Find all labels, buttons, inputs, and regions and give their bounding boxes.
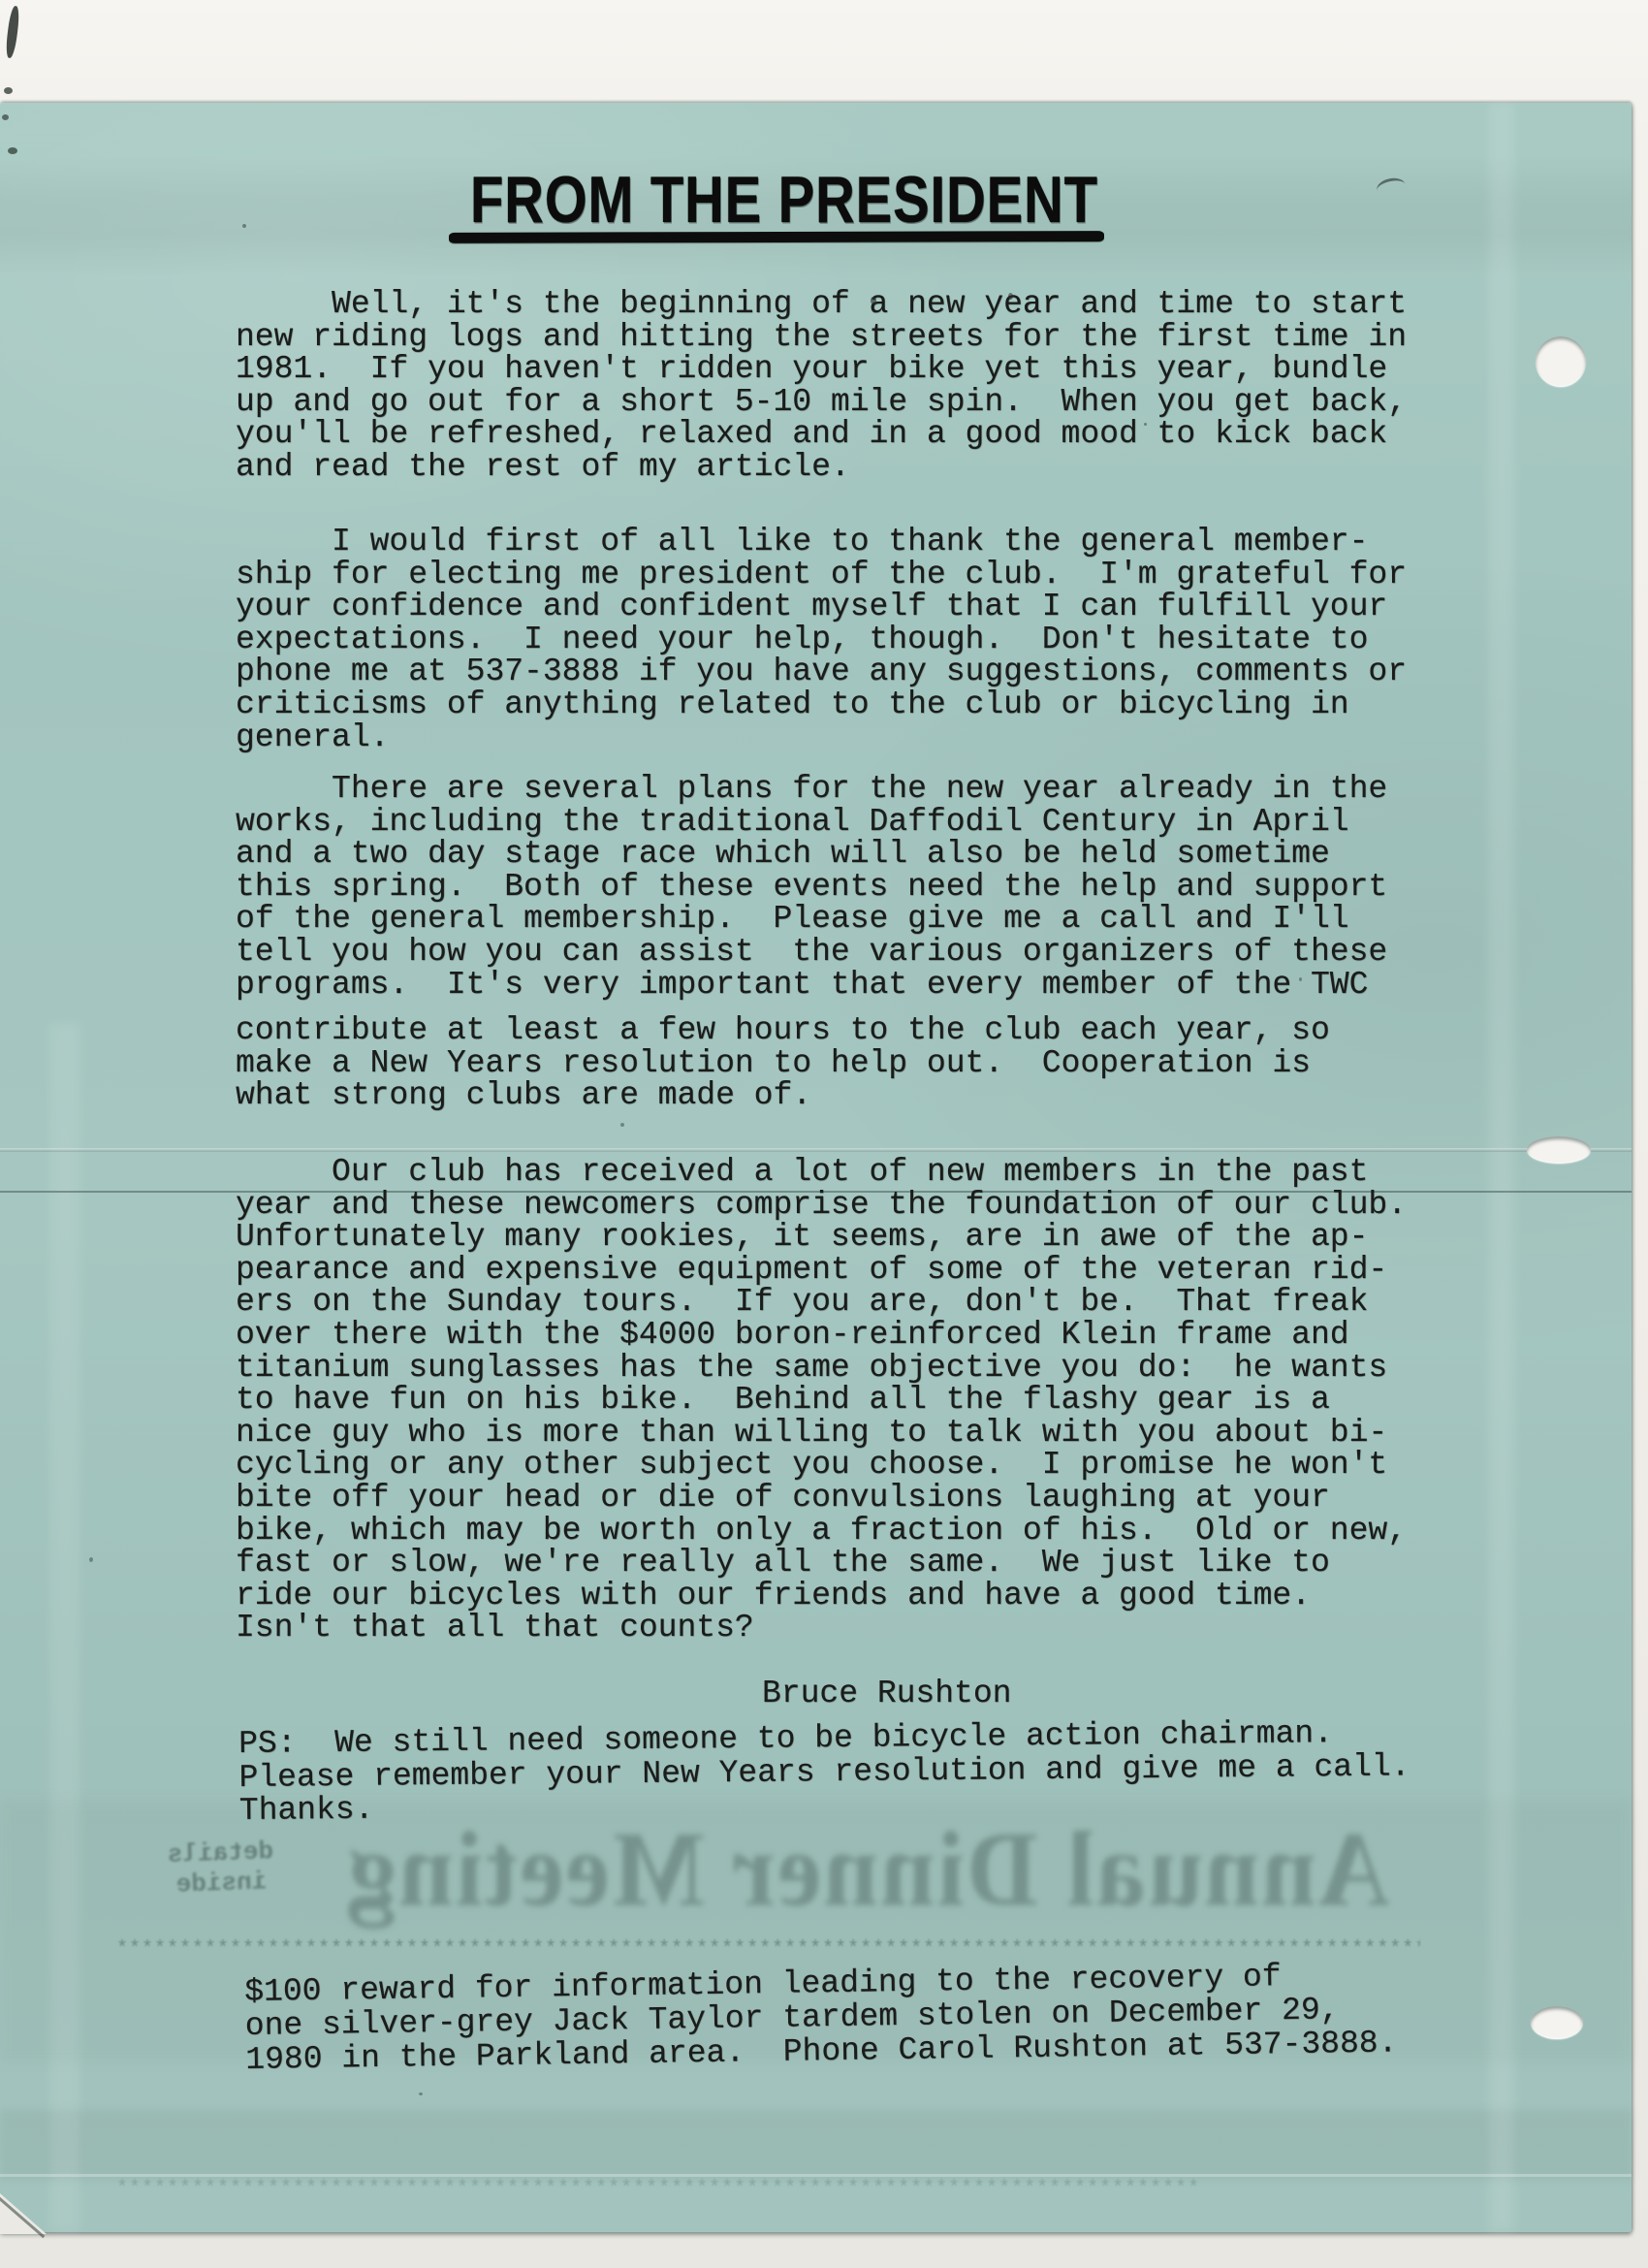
- paper-fleck: [242, 224, 246, 228]
- fold-crease: [0, 1148, 1632, 1152]
- punch-hole-middle: [1527, 1136, 1591, 1164]
- bleedthrough-stars-row: ****************************************…: [116, 2178, 1202, 2200]
- signature: Bruce Rushton: [762, 1677, 1011, 1710]
- smudge-band: [0, 2110, 1632, 2180]
- punch-hole-bottom: [1531, 2006, 1583, 2039]
- punch-hole-top: [1536, 336, 1586, 387]
- paragraph-opening: Well, it's the beginning of a new year a…: [236, 288, 1407, 484]
- postscript: PS: We still need someone to be bicycle …: [238, 1716, 1410, 1828]
- ink-streak: [5, 6, 21, 59]
- reward-notice: $100 reward for information leading to t…: [244, 1958, 1398, 2077]
- paragraph-plans-continued: contribute at least a few hours to the c…: [236, 1014, 1330, 1112]
- bleedthrough-stars-row: ****************************************…: [116, 1938, 1420, 1961]
- bleedthrough-headline: Annual Dinner Meeting: [223, 1817, 1512, 1924]
- fold-shadow-vertical: [50, 1024, 79, 2232]
- paper-fleck: [419, 2092, 423, 2095]
- ink-speck: [4, 87, 13, 94]
- paragraph-plans: There are several plans for the new year…: [236, 773, 1387, 1001]
- bleedthrough-note: details inside: [143, 1836, 300, 1901]
- page-title: FROM THE PRESIDENT: [470, 167, 1098, 233]
- paper-fleck: [89, 1557, 93, 1562]
- paragraph-newcomers: Our club has received a lot of new membe…: [236, 1156, 1407, 1645]
- fold-crease: [0, 2174, 1632, 2177]
- title-underline: [449, 231, 1104, 243]
- paper-fleck: [620, 1123, 624, 1127]
- scanned-page-background: Annual Dinner Meeting details inside ***…: [0, 0, 1648, 2268]
- paper: Annual Dinner Meeting details inside ***…: [0, 103, 1632, 2232]
- paragraph-thanks: I would first of all like to thank the g…: [236, 526, 1407, 753]
- fold-shadow-vertical: [1489, 103, 1514, 2232]
- pen-squiggle: [1375, 176, 1407, 200]
